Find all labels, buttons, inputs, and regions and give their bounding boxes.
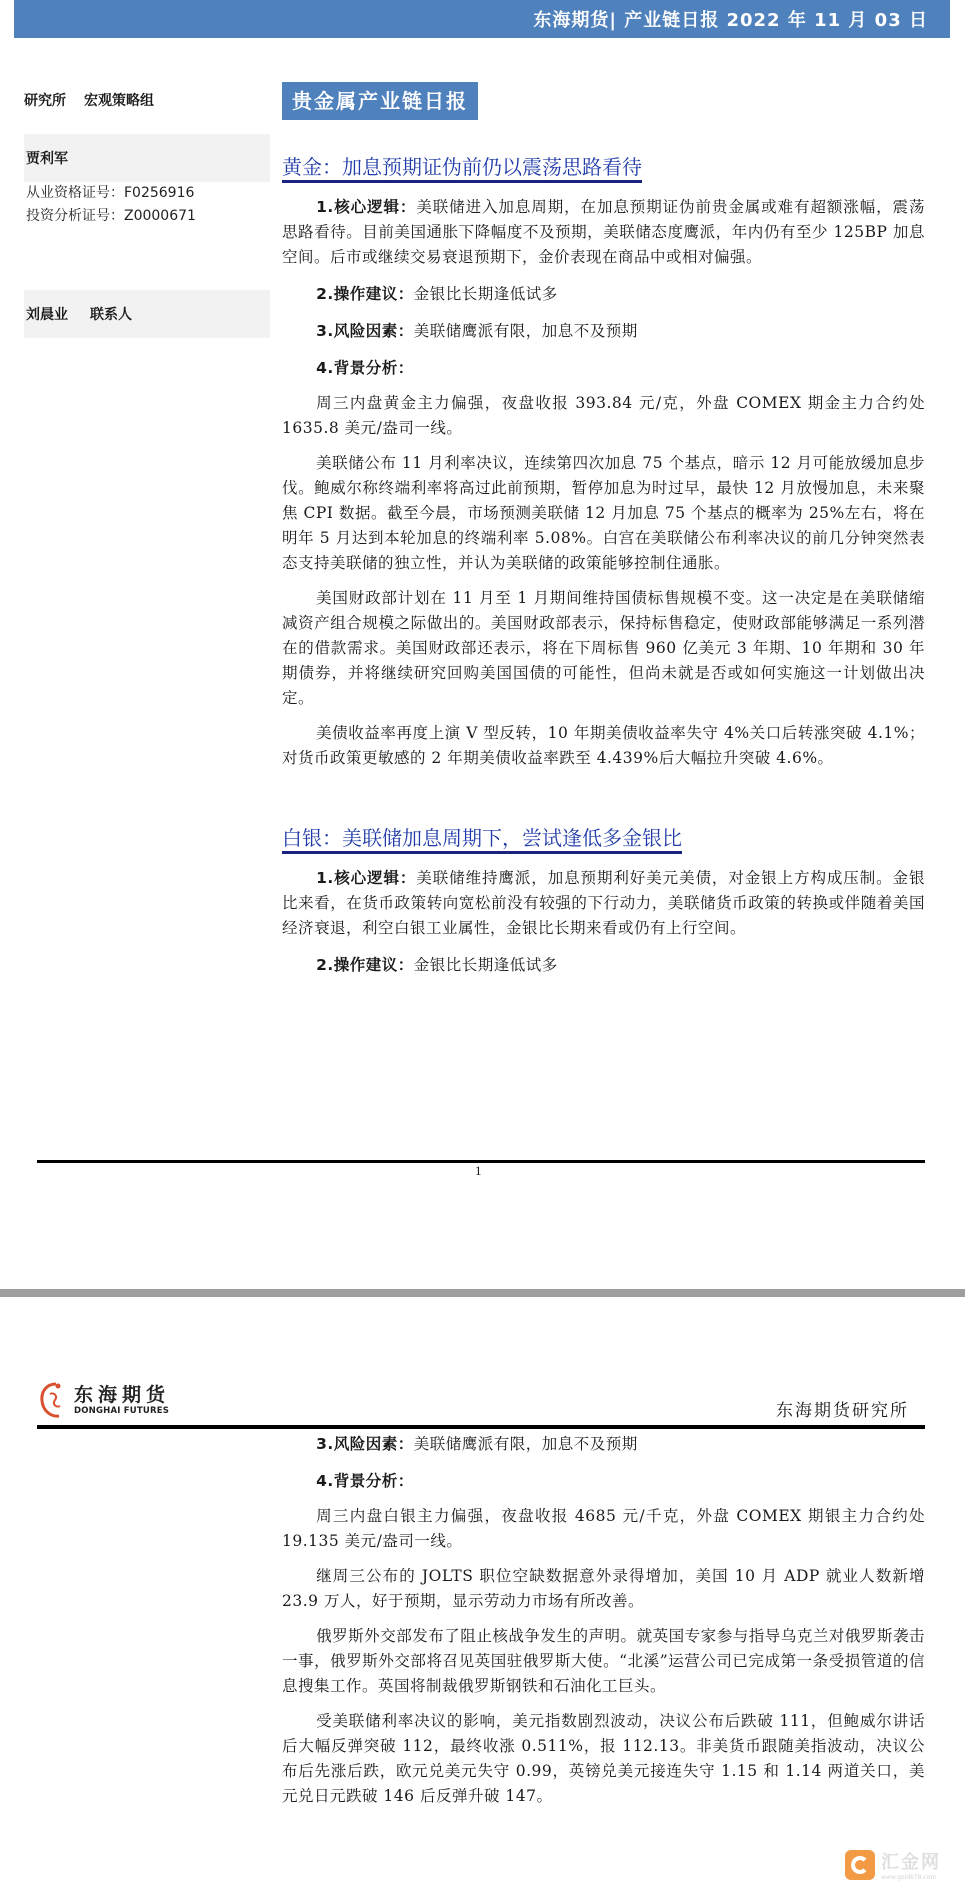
label: 4.背景分析： <box>316 1472 414 1490</box>
page-separator <box>0 1289 965 1297</box>
page-number: 1 <box>475 1163 482 1179</box>
silver-bg-paragraph: 继周三公布的 JOLTS 职位空缺数据意外录得增加，美国 10 月 ADP 就业… <box>282 1564 925 1614</box>
text: 美联储鹰派有限，加息不及预期 <box>414 1435 638 1453</box>
page2-main: 3.风险因素：美联储鹰派有限，加息不及预期 4.背景分析： 周三内盘白银主力偏强… <box>282 1432 925 1809</box>
analyst-cert-invest: 投资分析证号：Z0000671 <box>24 205 270 228</box>
silver-background-label: 4.背景分析： <box>282 1469 925 1494</box>
gold-bg-paragraph: 美国财政部计划在 11 月至 1 月期间维持国债标售规模不变。这一决定是在美联储… <box>282 586 925 711</box>
silver-advice: 2.操作建议：金银比长期逢低试多 <box>282 953 925 978</box>
gold-bg-paragraph: 美债收益率再度上演 V 型反转，10 年期美债收益率失守 4%关口后转涨突破 4… <box>282 721 925 771</box>
silver-bg-paragraph: 俄罗斯外交部发布了阻止核战争发生的声明。就英国专家参与指导乌克兰对俄罗斯袭击一事… <box>282 1624 925 1699</box>
contact-role: 联系人 <box>90 304 132 324</box>
label: 1.核心逻辑： <box>316 198 416 216</box>
silver-core-logic: 1.核心逻辑：美联储维持鹰派，加息预期利好美元美债，对金银上方构成压制。金银比来… <box>282 866 925 941</box>
gold-background-label: 4.背景分析： <box>282 356 925 381</box>
analyst-cert-qual: 从业资格证号：F0256916 <box>24 182 270 205</box>
dept-name: 研究所 <box>24 93 66 109</box>
label: 2.操作建议： <box>316 285 414 303</box>
silver-risk: 3.风险因素：美联储鹰派有限，加息不及预期 <box>282 1432 925 1457</box>
silver-section-heading[interactable]: 白银：美联储加息周期下，尝试逢低多金银比 <box>282 825 682 854</box>
banner-text: 东海期货| 产业链日报 2022 年 11 月 03 日 <box>533 6 928 32</box>
gold-bg-paragraph: 美联储公布 11 月利率决议，连续第四次加息 75 个基点，暗示 12 月可能放… <box>282 451 925 576</box>
logo-en: DONGHAI FUTURES <box>74 1406 170 1416</box>
gold-bg-paragraph: 周三内盘黄金主力偏强，夜盘收报 393.84 元/克，外盘 COMEX 期金主力… <box>282 391 925 441</box>
gold-core-logic: 1.核心逻辑：美联储进入加息周期，在加息预期证伪前贵金属或难有超额涨幅，震荡思路… <box>282 195 925 270</box>
dragon-logo-icon <box>38 1380 68 1420</box>
watermark: 汇金网 www.gold678.com <box>845 1848 941 1881</box>
page1-main: 贵金属产业链日报 黄金：加息预期证伪前仍以震荡思路看待 1.核心逻辑：美联储进入… <box>282 82 925 978</box>
text: 美联储鹰派有限，加息不及预期 <box>414 322 638 340</box>
department: 研究所宏观策略组 <box>24 90 270 114</box>
sidebar: 研究所宏观策略组 贾利军 从业资格证号：F0256916 投资分析证号：Z000… <box>24 90 270 338</box>
watermark-logo-icon <box>845 1850 875 1880</box>
label: 3.风险因素： <box>316 1435 414 1453</box>
label: 1.核心逻辑： <box>316 869 416 887</box>
label: 4.背景分析： <box>316 359 414 377</box>
page-header-rule <box>37 1425 925 1429</box>
watermark-url: www.gold678.com <box>881 1874 941 1881</box>
watermark-name: 汇金网 <box>881 1848 941 1874</box>
contact-box: 刘晨业联系人 <box>24 290 270 338</box>
analyst-name: 贾利军 <box>26 148 68 168</box>
group-name: 宏观策略组 <box>84 93 154 109</box>
contact-name: 刘晨业 <box>26 304 68 324</box>
company-logo: 东海期货 DONGHAI FUTURES <box>38 1380 170 1420</box>
label: 3.风险因素： <box>316 322 414 340</box>
research-institute: 东海期货研究所 <box>776 1396 909 1421</box>
gold-section-heading[interactable]: 黄金：加息预期证伪前仍以震荡思路看待 <box>282 154 642 183</box>
analyst-name-box: 贾利军 <box>24 134 270 182</box>
label: 2.操作建议： <box>316 956 414 974</box>
text: 金银比长期逢低试多 <box>414 285 558 303</box>
text: 金银比长期逢低试多 <box>414 956 558 974</box>
gold-risk: 3.风险因素：美联储鹰派有限，加息不及预期 <box>282 319 925 344</box>
logo-cn: 东海期货 <box>74 1384 170 1406</box>
report-title: 贵金属产业链日报 <box>282 82 478 120</box>
silver-bg-paragraph: 受美联储利率决议的影响，美元指数剧烈波动，决议公布后跌破 111，但鲍威尔讲话后… <box>282 1709 925 1809</box>
silver-bg-paragraph: 周三内盘白银主力偏强，夜盘收报 4685 元/千克，外盘 COMEX 期银主力合… <box>282 1504 925 1554</box>
gold-advice: 2.操作建议：金银比长期逢低试多 <box>282 282 925 307</box>
report-banner: 东海期货| 产业链日报 2022 年 11 月 03 日 <box>14 0 950 38</box>
